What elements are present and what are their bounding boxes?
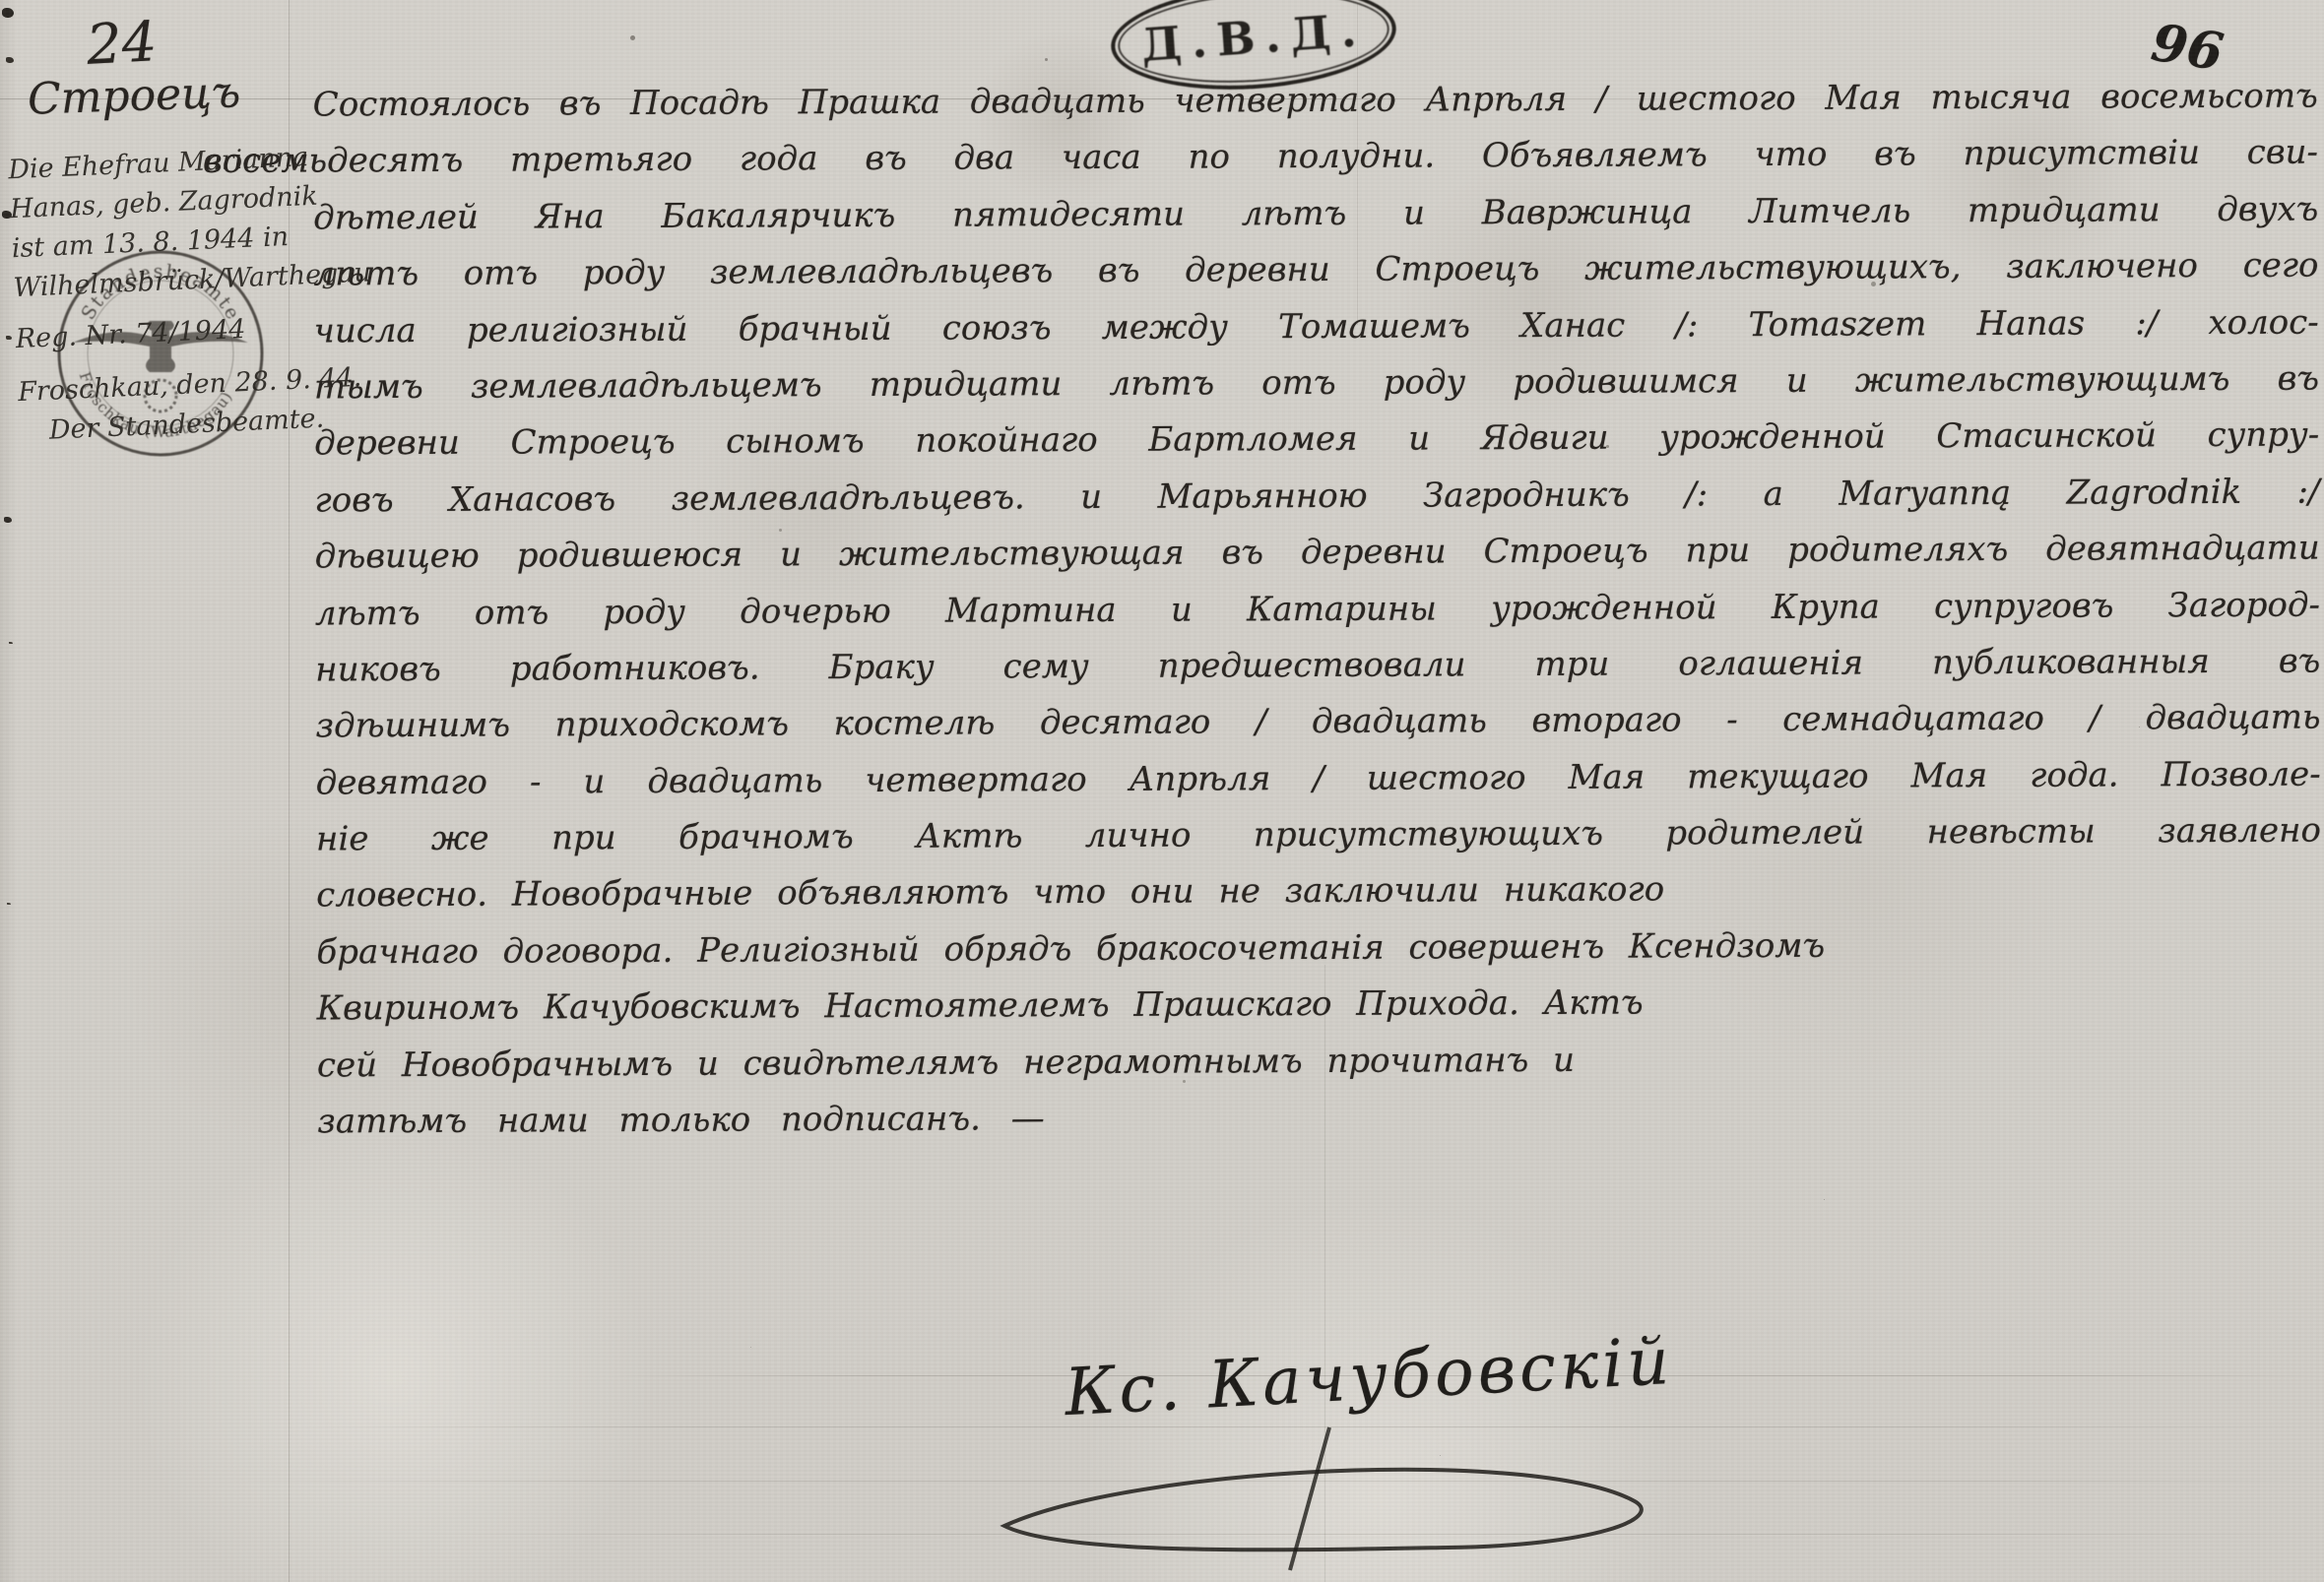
scan-edge-artifacts (2, 8, 14, 18)
stamp-arc-bottom-text: Froschkau (Warthegau) (76, 370, 236, 441)
margin-act-title: Строецъ (27, 67, 241, 125)
handwritten-line: здѣшнимъ приходскомъ костелѣ десятаго / … (315, 690, 2320, 755)
handwritten-line: затѣмъ нами только подписанъ. — (317, 1086, 2322, 1151)
svg-text:Froschkau (Warthegau): Froschkau (Warthegau) (76, 370, 236, 441)
handwritten-line: говъ Ханасовъ землевладѣльцевъ. и Марьян… (314, 464, 2319, 529)
handwritten-line: ніе же при брачномъ Актѣ лично присутств… (316, 803, 2321, 868)
handwritten-line: Квириномъ Качубовскимъ Настоятелемъ Праш… (317, 973, 2322, 1038)
oval-stamp-text: Д.В.Д. (1139, 3, 1368, 72)
handwritten-line: деревни Строецъ сыномъ покойнаго Бартлом… (314, 408, 2319, 473)
ink-specks (630, 35, 635, 40)
handwritten-line: лѣтъ отъ роду дочерью Мартина и Катарины… (315, 577, 2320, 642)
handwritten-line: сей Новобрачнымъ и свидѣтелямъ неграмотн… (317, 1029, 2322, 1094)
handwritten-line: тымъ землевладѣльцемъ тридцати лѣтъ отъ … (314, 351, 2319, 416)
handwritten-line: дѣвицею родившеюся и жительствующая въ д… (315, 521, 2320, 586)
handwritten-line: лѣтъ отъ роду землевладѣльцевъ въ деревн… (313, 238, 2318, 303)
handwritten-line: числа религіозный брачный союзъ между То… (314, 294, 2319, 359)
handwritten-line: словесно. Новобрачные объявляютъ что они… (316, 859, 2321, 924)
handwritten-line: восемьдесятъ третьяго года въ два часа п… (203, 125, 2318, 191)
signature-flourish (985, 1408, 1694, 1575)
handwritten-line: брачнаго договора. Религіозный обрядъ бр… (316, 916, 2321, 981)
handwritten-line: никовъ работниковъ. Браку сему предшеств… (315, 633, 2320, 698)
scanned-document-page: 24 96 Д.В.Д. Строецъ Die Ehefrau Mariann… (0, 0, 2324, 1582)
registrar-round-stamp: Standesbeamte Froschkau (Warthegau) (55, 248, 266, 459)
registrar-stamp-graphic: Standesbeamte Froschkau (Warthegau) (55, 248, 266, 459)
handwritten-line: дѣтелей Яна Бакалярчикъ пятидесяти лѣтъ … (313, 181, 2318, 246)
handwritten-line: Состоялось въ Посадѣ Прашка двадцать чет… (313, 69, 2318, 134)
act-number: 24 (85, 10, 159, 78)
body-text: Состоялось въ Посадѣ Прашка двадцать чет… (313, 69, 2323, 1151)
handwritten-line: девятаго - и двадцать четвертаго Апрѣля … (316, 746, 2321, 811)
